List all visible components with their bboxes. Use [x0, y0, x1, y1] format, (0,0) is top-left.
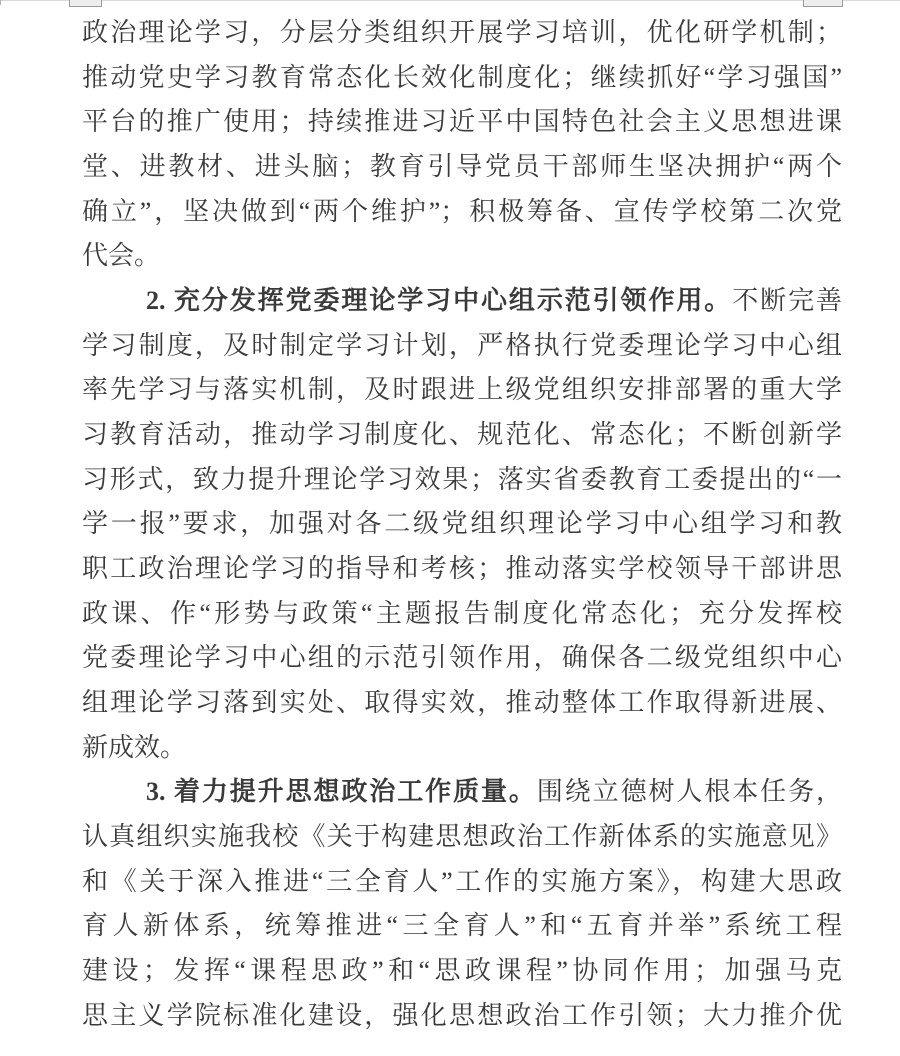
body-text-run: 推动党史学习教育常态化长效化制度化；继续抓好“学习强国” [82, 63, 842, 92]
body-text-run: 新成效。 [82, 733, 186, 762]
paragraph-start-line: 3. 着力提升思想政治工作质量。围绕立德树人根本任务， [82, 770, 842, 815]
body-text-run: 政课、作“形势与政策“主题报告制度化常态化；充分发挥校 [82, 599, 842, 628]
text-line: 认真组织实施我校《关于构建思想政治工作新体系的实施意见》 [82, 815, 842, 860]
text-line: 推动党史学习教育常态化长效化制度化；继续抓好“学习强国” [82, 56, 842, 101]
body-text-run: 学习制度，及时制定学习计划，严格执行党委理论学习中心组 [82, 331, 842, 360]
document-text-block[interactable]: 政治理论学习，分层分类组织开展学习培训，优化研学机制；推动党史学习教育常态化长效… [82, 11, 842, 1038]
text-line: 建设；发挥“课程思政”和“思政课程”协同作用；加强马克 [82, 949, 842, 994]
text-line: 代会。 [82, 234, 842, 279]
ruler-edge-line [0, 0, 900, 1]
text-line: 学习制度，及时制定学习计划，严格执行党委理论学习中心组 [82, 324, 842, 369]
paragraph-heading-run: 2. 充分发挥党委理论学习中心组示范引领作用。 [146, 286, 732, 315]
text-line: 新成效。 [82, 726, 842, 771]
body-text-run: 党委理论学习中心组的示范引领作用，确保各二级党组织中心 [82, 643, 842, 672]
body-text-run: 组理论学习落到实处、取得实效，推动整体工作取得新进展、 [82, 688, 842, 717]
text-line: 堂、进教材、进头脑；教育引导党员干部师生坚决拥护“两个 [82, 145, 842, 190]
text-line: 职工政治理论学习的指导和考核；推动落实学校领导干部讲思 [82, 547, 842, 592]
body-text-run: 确立”，坚决做到“两个维护”；积极筹备、宣传学校第二次党 [82, 197, 842, 226]
body-text-run: 堂、进教材、进头脑；教育引导党员干部师生坚决拥护“两个 [82, 152, 842, 181]
body-text-run: 不断完善 [732, 286, 842, 315]
ruler-marker-right[interactable] [803, 0, 843, 7]
text-line: 思主义学院标准化建设，强化思想政治工作引领；大力推介优 [82, 994, 842, 1039]
text-line: 和《关于深入推进“三全育人”工作的实施方案》，构建大思政 [82, 860, 842, 905]
text-line: 政治理论学习，分层分类组织开展学习培训，优化研学机制； [82, 11, 842, 56]
text-line: 平台的推广使用；持续推进习近平中国特色社会主义思想进课 [82, 100, 842, 145]
text-line: 政课、作“形势与政策“主题报告制度化常态化；充分发挥校 [82, 592, 842, 637]
body-text-run: 和《关于深入推进“三全育人”工作的实施方案》，构建大思政 [82, 867, 842, 896]
text-line: 习形式，致力提升理论学习效果；落实省委教育工委提出的“一 [82, 458, 842, 503]
body-text-run: 平台的推广使用；持续推进习近平中国特色社会主义思想进课 [82, 107, 842, 136]
ruler-marker-left[interactable] [69, 0, 102, 7]
body-text-run: 学一报”要求，加强对各二级党组织理论学习中心组学习和教 [82, 509, 842, 538]
text-line: 组理论学习落到实处、取得实效，推动整体工作取得新进展、 [82, 681, 842, 726]
body-text-run: 政治理论学习，分层分类组织开展学习培训，优化研学机制； [82, 18, 842, 47]
body-text-run: 育人新体系，统筹推进“三全育人”和“五育并举”系统工程 [82, 911, 842, 940]
document-page: 政治理论学习，分层分类组织开展学习培训，优化研学机制；推动党史学习教育常态化长效… [0, 0, 900, 1056]
body-text-run: 围绕立德树人根本任务， [537, 777, 842, 806]
body-text-run: 代会。 [82, 241, 160, 270]
body-text-run: 认真组织实施我校《关于构建思想政治工作新体系的实施意见》 [82, 822, 842, 851]
text-line: 习教育活动，推动学习制度化、规范化、常态化；不断创新学 [82, 413, 842, 458]
body-text-run: 习形式，致力提升理论学习效果；落实省委教育工委提出的“一 [82, 465, 842, 494]
text-line: 率先学习与落实机制，及时跟进上级党组织安排部署的重大学 [82, 368, 842, 413]
text-line: 育人新体系，统筹推进“三全育人”和“五育并举”系统工程 [82, 904, 842, 949]
left-edge-tick [0, 0, 1, 5]
body-text-run: 思主义学院标准化建设，强化思想政治工作引领；大力推介优 [82, 1001, 842, 1030]
body-text-run: 建设；发挥“课程思政”和“思政课程”协同作用；加强马克 [82, 956, 842, 985]
body-text-run: 职工政治理论学习的指导和考核；推动落实学校领导干部讲思 [82, 554, 842, 583]
paragraph-heading-run: 3. 着力提升思想政治工作质量。 [146, 777, 537, 806]
body-text-run: 习教育活动，推动学习制度化、规范化、常态化；不断创新学 [82, 420, 842, 449]
text-line: 学一报”要求，加强对各二级党组织理论学习中心组学习和教 [82, 502, 842, 547]
text-line: 党委理论学习中心组的示范引领作用，确保各二级党组织中心 [82, 636, 842, 681]
paragraph-start-line: 2. 充分发挥党委理论学习中心组示范引领作用。不断完善 [82, 279, 842, 324]
body-text-run: 率先学习与落实机制，及时跟进上级党组织安排部署的重大学 [82, 375, 842, 404]
text-line: 确立”，坚决做到“两个维护”；积极筹备、宣传学校第二次党 [82, 190, 842, 235]
